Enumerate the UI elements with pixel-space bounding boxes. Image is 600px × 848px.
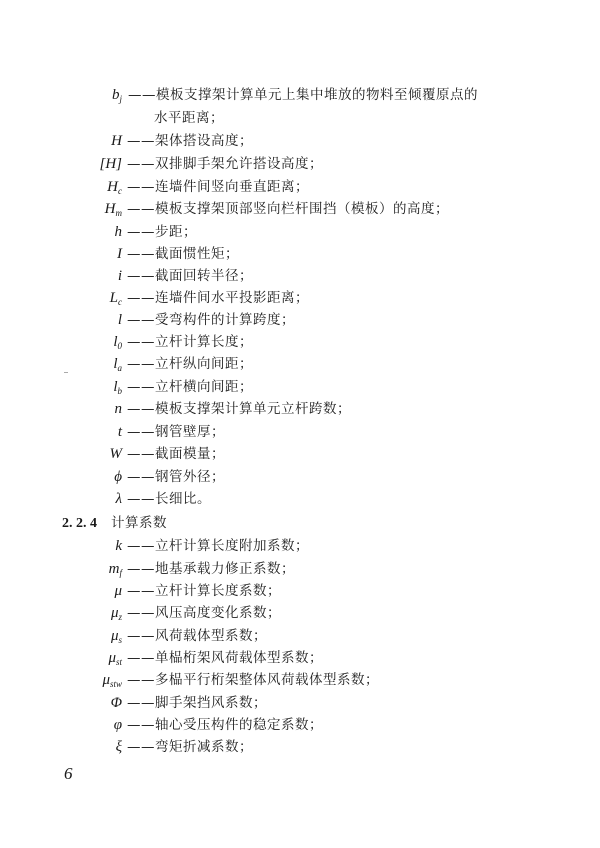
coefficient-description: ——风荷载体型系数； — [127, 625, 267, 647]
coefficient-description: ——多榀平行桁架整体风荷载体型系数； — [127, 669, 379, 691]
symbol-description: ——长细比。 — [127, 488, 211, 510]
symbol-description: ——连墙件间竖向垂直距离； — [127, 176, 309, 198]
coefficient-description: ——立杆计算长度系数； — [127, 580, 281, 602]
symbol-description: ——立杆横向间距； — [127, 376, 253, 398]
symbol-description: ——截面回转半径； — [127, 265, 253, 287]
symbol-description: ——步距； — [127, 221, 197, 243]
section-title: 计算系数 — [111, 515, 167, 531]
symbol-description: ——截面惯性矩； — [127, 243, 239, 265]
coefficient-description: ——风压高度变化系数； — [127, 602, 281, 624]
symbol-description: ——模板支撑架计算单元立杆跨数； — [127, 398, 351, 420]
coefficient-description: ——弯矩折减系数； — [127, 736, 253, 758]
symbol-description: ——连墙件间水平投影距离； — [127, 287, 309, 309]
symbol-description: ——架体搭设高度； — [127, 130, 253, 152]
coefficient-description: ——地基承载力修正系数； — [127, 558, 295, 580]
coefficient-description: ——轴心受压构件的稳定系数； — [127, 714, 323, 736]
symbol-description: ——立杆纵向间距； — [127, 353, 253, 375]
symbol-description-continued: 水平距离； — [154, 107, 224, 129]
symbol: λ — [48, 488, 122, 514]
symbol: ξ — [48, 736, 122, 762]
symbol-description: ——钢管外径； — [127, 466, 225, 488]
symbol-description: ——模板支撑架顶部竖向栏杆围挡（模板）的高度； — [127, 198, 449, 220]
symbol-description: ——模板支撑架计算单元上集中堆放的物料至倾覆原点的 — [128, 84, 478, 106]
symbol: bj — [48, 84, 122, 110]
coefficient-description: ——单榀桁架风荷载体型系数； — [127, 647, 323, 669]
symbol-description: ——截面模量； — [127, 443, 225, 465]
coefficient-description: ——立杆计算长度附加系数； — [127, 535, 309, 557]
section-number: 2. 2. 4 — [62, 516, 97, 531]
symbol-description: ——钢管壁厚； — [127, 421, 225, 443]
section-heading: 2. 2. 4计算系数 — [62, 512, 167, 534]
coefficient-description: ——脚手架挡风系数； — [127, 692, 267, 714]
symbol-description: ——双排脚手架允许搭设高度； — [127, 153, 323, 175]
page-number: 6 — [64, 764, 73, 784]
symbol-description: ——受弯构件的计算跨度； — [127, 309, 295, 331]
symbol-description: ——立杆计算长度； — [127, 331, 253, 353]
